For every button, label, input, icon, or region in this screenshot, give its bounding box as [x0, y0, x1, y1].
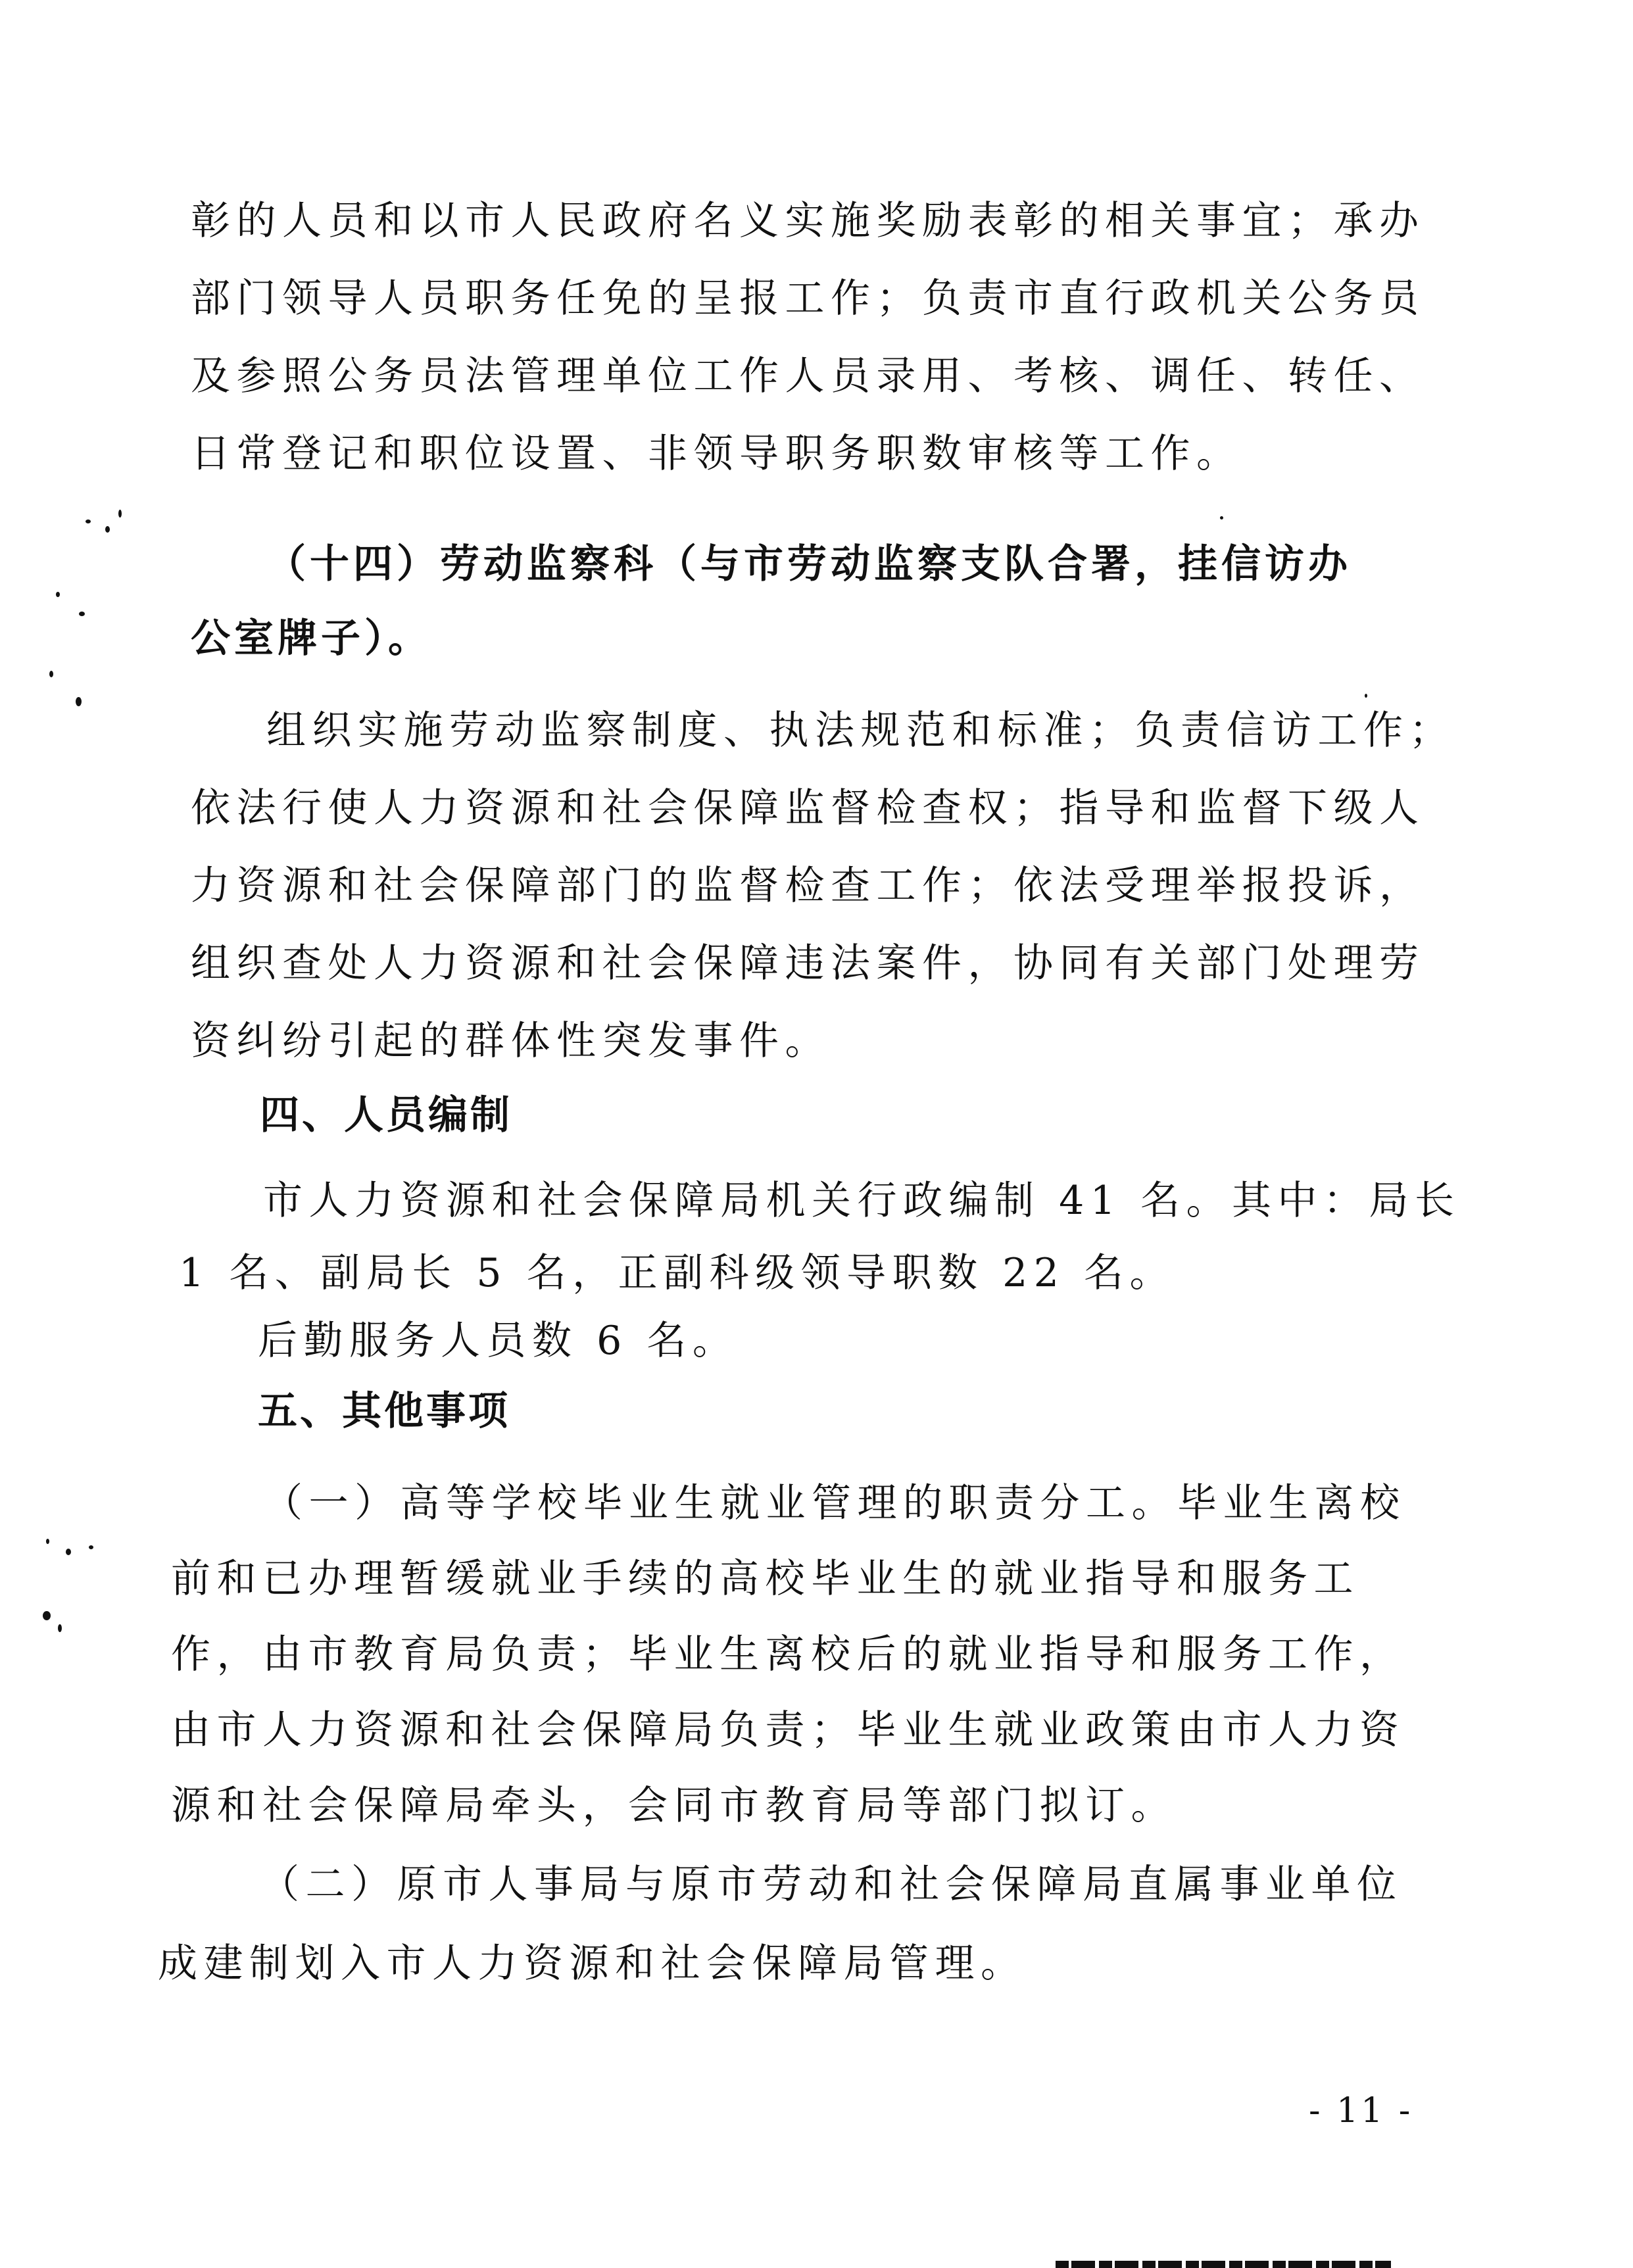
- scan-speck: [49, 671, 53, 677]
- text-line: 由市人力资源和社会保障局负责；毕业生就业政策由市人力资: [171, 1706, 1401, 1754]
- section-14-title: （十四）劳动监察科（与市劳动监察支队合署，挂信访办: [266, 541, 1421, 588]
- scan-speck: [46, 1539, 49, 1544]
- text-line: 市人力资源和社会保障局机关行政编制 41 名。其中：局长: [263, 1177, 1417, 1224]
- text-line: 及参照公务员法管理单位工作人员录用、考核、调任、转任、: [191, 352, 1421, 400]
- scan-speck: [79, 612, 85, 616]
- text-line: 日常登记和职位设置、非领导职务职数审核等工作。: [191, 430, 1421, 477]
- text-line: 部门领导人员职务任免的呈报工作；负责市直行政机关公务员: [191, 275, 1421, 322]
- text-line: 资纠纷引起的群体性突发事件。: [191, 1017, 1421, 1065]
- text-line: （一）高等学校毕业生就业管理的职责分工。毕业生离校: [263, 1480, 1417, 1527]
- text-line: 作，由市教育局负责；毕业生离校后的就业指导和服务工作，: [171, 1631, 1401, 1678]
- scan-speck: [89, 1545, 93, 1549]
- document-page: 彰的人员和以市人民政府名义实施奖励表彰的相关事宜；承办 部门领导人员职务任免的呈…: [0, 0, 1633, 2268]
- text-line: 源和社会保障局牵头，会同市教育局等部门拟订。: [171, 1782, 1401, 1829]
- page-number: - 11 -: [1309, 2091, 1413, 2131]
- text-line: （二）原市人事局与原市劳动和社会保障局直属事业单位: [260, 1861, 1414, 1908]
- text-line: 成建制划入市人力资源和社会保障局管理。: [158, 1940, 1388, 1987]
- scan-speck: [66, 1549, 71, 1555]
- text-line: 后勤服务人员数 6 名。: [258, 1317, 1412, 1364]
- text-line: 彰的人员和以市人民政府名义实施奖励表彰的相关事宜；承办: [191, 197, 1421, 245]
- scan-speck: [58, 1624, 62, 1632]
- heading-other-matters: 五、其他事项: [258, 1387, 1412, 1435]
- scan-speck: [105, 526, 110, 533]
- text-line: 组织实施劳动监察制度、执法规范和标准；负责信访工作；: [266, 707, 1421, 754]
- scan-edge-strip: [1056, 2261, 1391, 2268]
- scan-speck: [76, 697, 82, 706]
- scan-speck: [1365, 694, 1367, 698]
- text-line: 组织查处人力资源和社会保障违法案件，协同有关部门处理劳: [191, 940, 1421, 987]
- scan-speck: [1220, 516, 1223, 519]
- scan-speck: [56, 592, 60, 597]
- text-line: 力资源和社会保障部门的监督检查工作；依法受理举报投诉，: [191, 862, 1421, 909]
- section-14-title-cont: 公室牌子）。: [191, 615, 1421, 662]
- heading-staffing: 四、人员编制: [260, 1092, 1414, 1139]
- scan-speck: [85, 519, 91, 523]
- text-line: 1 名、副局长 5 名，正副科级领导职数 22 名。: [179, 1249, 1409, 1297]
- text-line: 前和已办理暂缓就业手续的高校毕业生的就业指导和服务工: [171, 1555, 1401, 1603]
- scan-speck: [43, 1611, 51, 1620]
- scan-speck: [118, 510, 122, 518]
- text-line: 依法行使人力资源和社会保障监督检查权；指导和监督下级人: [191, 784, 1421, 832]
